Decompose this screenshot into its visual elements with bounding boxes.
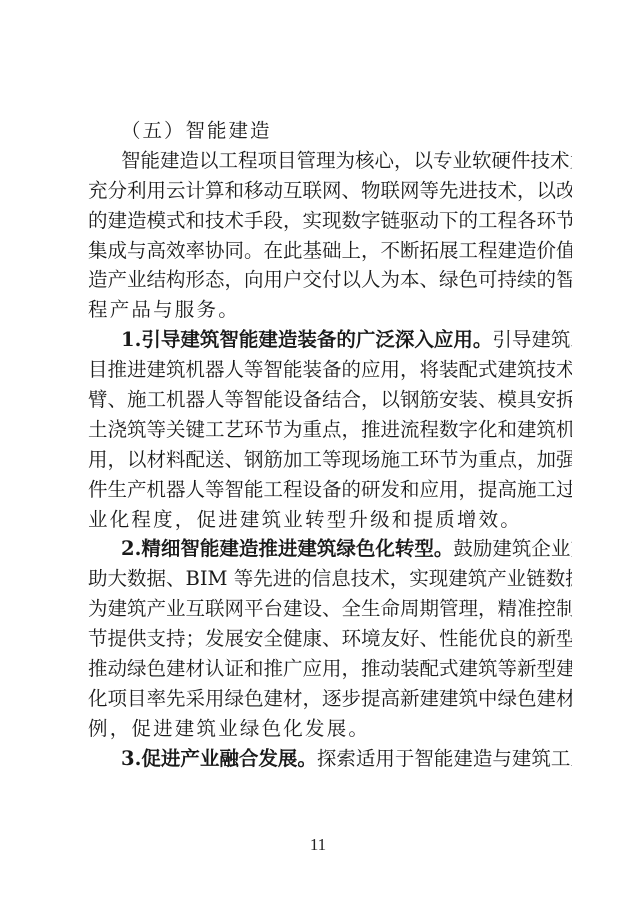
text-line: 的建造模式和技术手段，实现数字链驱动下的工程各环节一体化 (88, 206, 572, 236)
paragraph-item-2: 2.精细智能建造推进建筑绿色化转型。鼓励建筑企业充分借 助大数据、BIM 等先进… (88, 534, 572, 743)
text-line: 件生产机器人等智能工程设备的研发和应用，提高施工过程的工 (88, 475, 572, 505)
text-line: 节提供支持；发展安全健康、环境友好、性能优良的新型建材， (88, 624, 572, 654)
text-line: 例，促进建筑业绿色化发展。 (88, 714, 572, 744)
text-line: 智能建造以工程项目管理为核心，以专业软硬件技术为支撑， (88, 146, 572, 176)
text-line: 助大数据、BIM 等先进的信息技术，实现建筑产业链数据集成， (88, 564, 572, 594)
item-body-text: 鼓励建筑企业充分借 (453, 537, 572, 560)
page-content: （五）智能建造 智能建造以工程项目管理为核心，以专业软硬件技术为支撑， 充分利用… (88, 116, 572, 774)
text-line: 为建筑产业互联网平台建设、全生命周期管理，精准控制生产环 (88, 594, 572, 624)
item-title-line: 促进产业融合发展。 (141, 747, 317, 770)
item-body-text: 引导建筑工程项 (492, 328, 572, 351)
text-line: 3.促进产业融合发展。探索适用于智能建造与建筑工业化融 (88, 744, 572, 774)
text-line: 2.精细智能建造推进建筑绿色化转型。鼓励建筑企业充分借 (88, 534, 572, 564)
text-line: 化项目率先采用绿色建材，逐步提高新建建筑中绿色建材应用比 (88, 684, 572, 714)
item-number: 3. (121, 747, 141, 770)
text-line: 推动绿色建材认证和推广应用，推动装配式建筑等新型建筑工业 (88, 654, 572, 684)
item-number: 1. (121, 328, 141, 351)
paragraph-intro: 智能建造以工程项目管理为核心，以专业软硬件技术为支撑， 充分利用云计算和移动互联… (88, 146, 572, 325)
paragraph-item-3: 3.促进产业融合发展。探索适用于智能建造与建筑工业化融 (88, 744, 572, 774)
page-number: 11 (0, 835, 636, 855)
text-line: 充分利用云计算和移动互联网、物联网等先进技术，以改进现有 (88, 176, 572, 206)
item-number: 2. (121, 537, 141, 560)
item-body-text: 探索适用于智能建造与建筑工业化融 (317, 747, 572, 770)
text-line: 用，以材料配送、钢筋加工等现场施工环节为重点，加强部品部 (88, 445, 572, 475)
paragraph-item-1: 1.引导建筑智能建造装备的广泛深入应用。引导建筑工程项 目推进建筑机器人等智能装… (88, 325, 572, 534)
text-line: 程产品与服务。 (88, 295, 572, 325)
text-line: 目推进建筑机器人等智能装备的应用，将装配式建筑技术与机械 (88, 355, 572, 385)
text-line: 土浇筑等关键工艺环节为重点，推进流程数字化和建筑机器人应 (88, 415, 572, 445)
text-line: 造产业结构形态，向用户交付以人为本、绿色可持续的智能化工 (88, 265, 572, 295)
text-line: 1.引导建筑智能建造装备的广泛深入应用。引导建筑工程项 (88, 325, 572, 355)
item-title-line: 引导建筑智能建造装备的广泛深入应用。 (141, 328, 492, 351)
item-title-line: 精细智能建造推进建筑绿色化转型。 (141, 537, 453, 560)
document-page: （五）智能建造 智能建造以工程项目管理为核心，以专业软硬件技术为支撑， 充分利用… (0, 0, 636, 900)
section-heading: （五）智能建造 (88, 116, 572, 146)
text-line: 集成与高效率协同。在此基础上，不断拓展工程建造价值链、改 (88, 236, 572, 266)
text-line: 臂、施工机器人等智能设备结合，以钢筋安装、模具安拆、混凝 (88, 385, 572, 415)
text-line: 业化程度，促进建筑业转型升级和提质增效。 (88, 505, 572, 535)
